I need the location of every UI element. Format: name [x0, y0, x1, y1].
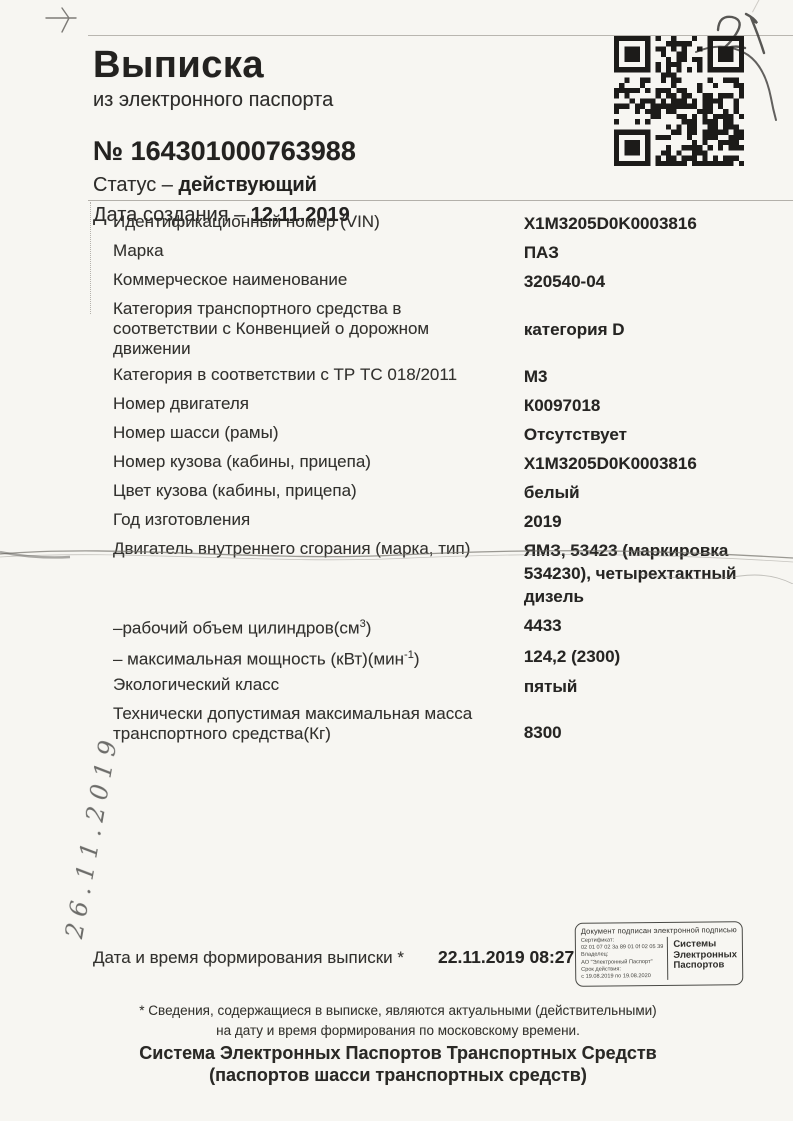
table-row: Коммерческое наименование320540-04 — [113, 270, 773, 293]
system-footer-line-2: (паспортов шасси транспортных средств) — [60, 1064, 736, 1086]
table-row: Двигатель внутреннего сгорания (марка, т… — [113, 539, 773, 608]
row-label: Экологический класс — [113, 675, 477, 695]
table-left-border — [90, 202, 91, 314]
table-row: МаркаПАЗ — [113, 241, 773, 264]
row-value: 8300 — [524, 721, 773, 744]
validity-value: с 19.08.2019 по 19.08.2020 — [581, 973, 664, 981]
row-value: 320540-04 — [524, 270, 773, 293]
footnote-line-1: * Сведения, содержащиеся в выписке, явля… — [60, 1001, 736, 1021]
status-value: действующий — [178, 174, 317, 196]
table-row: Технически допустимая максимальная масса… — [113, 704, 773, 744]
table-row: Экологический класспятый — [113, 675, 773, 698]
table-row: Идентификационный номер (VIN)X1M3205D0K0… — [113, 212, 773, 235]
row-label: Номер шасси (рамы) — [113, 423, 477, 443]
row-label: Категория транспортного средства в соотв… — [113, 299, 477, 359]
row-label: – максимальная мощность (кВт)(мин-1) — [113, 645, 477, 670]
page-title: Выписка — [93, 44, 356, 86]
table-row: Категория транспортного средства в соотв… — [113, 299, 773, 359]
row-value: 124,2 (2300) — [524, 645, 773, 668]
status-line: Статус – действующий — [93, 174, 356, 197]
row-label: Марка — [113, 241, 477, 261]
row-label: Категория в соответствии с ТР ТС 018/201… — [113, 365, 477, 385]
row-value: 2019 — [524, 510, 773, 533]
row-value: К0097018 — [524, 394, 773, 417]
cert-value: 02 01 07 02 3а 89 01 0f 02 05 39 — [581, 944, 664, 952]
page-subtitle: из электронного паспорта — [93, 89, 356, 112]
row-label: Технически допустимая максимальная масса… — [113, 704, 477, 744]
row-value: категория D — [524, 318, 773, 341]
row-label: Номер двигателя — [113, 394, 477, 414]
electronic-signature-stamp: Документ подписан электронной подписью С… — [575, 921, 744, 987]
owner-value: АО "Электронный Паспорт" — [581, 959, 664, 967]
row-label: Двигатель внутреннего сгорания (марка, т… — [113, 539, 477, 559]
stamp-title: Документ подписан электронной подписью — [581, 925, 737, 936]
status-label: Статус – — [93, 174, 178, 196]
handwritten-margin-note: 26.11.2019 — [54, 696, 130, 977]
row-label: Год изготовления — [113, 510, 477, 530]
row-label: Коммерческое наименование — [113, 270, 477, 290]
row-value: белый — [524, 481, 773, 504]
generated-datetime-label: Дата и время формирования выписки * — [93, 948, 404, 968]
row-value: X1M3205D0K0003816 — [524, 452, 773, 475]
row-label: Номер кузова (кабины, прицепа) — [113, 452, 477, 472]
table-row: –рабочий объем цилиндров(см3)4433 — [113, 614, 773, 639]
generated-datetime-value: 22.11.2019 08:27 — [438, 947, 574, 968]
qr-code — [612, 36, 746, 166]
row-value: ПАЗ — [524, 241, 773, 264]
system-footer: Система Электронных Паспортов Транспортн… — [60, 1042, 736, 1086]
row-label: Цвет кузова (кабины, прицепа) — [113, 481, 477, 501]
handwritten-tick-mark — [38, 2, 98, 38]
table-row: Категория в соответствии с ТР ТС 018/201… — [113, 365, 773, 388]
row-value: 4433 — [524, 614, 773, 637]
table-row: – максимальная мощность (кВт)(мин-1)124,… — [113, 645, 773, 670]
table-row: Цвет кузова (кабины, прицепа)белый — [113, 481, 773, 504]
row-value: М3 — [524, 365, 773, 388]
stamp-logo: Системы Электронных Паспортов — [667, 936, 737, 980]
row-value: Отсутствует — [524, 423, 773, 446]
row-value: пятый — [524, 675, 773, 698]
table-row: Год изготовления2019 — [113, 510, 773, 533]
table-row: Номер шасси (рамы)Отсутствует — [113, 423, 773, 446]
stamp-body: Сертификат: 02 01 07 02 3а 89 01 0f 02 0… — [581, 936, 737, 981]
table-row: Номер двигателяК0097018 — [113, 394, 773, 417]
footnote-line-2: на дату и время формирования по московск… — [60, 1021, 736, 1041]
header-divider — [88, 200, 793, 201]
table-row: Номер кузова (кабины, прицепа)X1M3205D0K… — [113, 452, 773, 475]
stamp-certificate-info: Сертификат: 02 01 07 02 3а 89 01 0f 02 0… — [581, 937, 665, 981]
vehicle-data-table: Идентификационный номер (VIN)X1M3205D0K0… — [113, 212, 773, 750]
row-label: –рабочий объем цилиндров(см3) — [113, 614, 477, 639]
logo-line: Паспортов — [673, 960, 737, 971]
row-value: ЯМЗ, 53423 (маркировка 534230), четырехт… — [524, 539, 773, 608]
doc-number: № 164301000763988 — [93, 136, 356, 167]
row-value: X1M3205D0K0003816 — [524, 212, 773, 235]
row-label: Идентификационный номер (VIN) — [113, 212, 477, 232]
footnote: * Сведения, содержащиеся в выписке, явля… — [60, 1001, 736, 1041]
scanned-document-page: Выписка из электронного паспорта № 16430… — [0, 0, 793, 1121]
system-footer-line-1: Система Электронных Паспортов Транспортн… — [60, 1042, 736, 1064]
